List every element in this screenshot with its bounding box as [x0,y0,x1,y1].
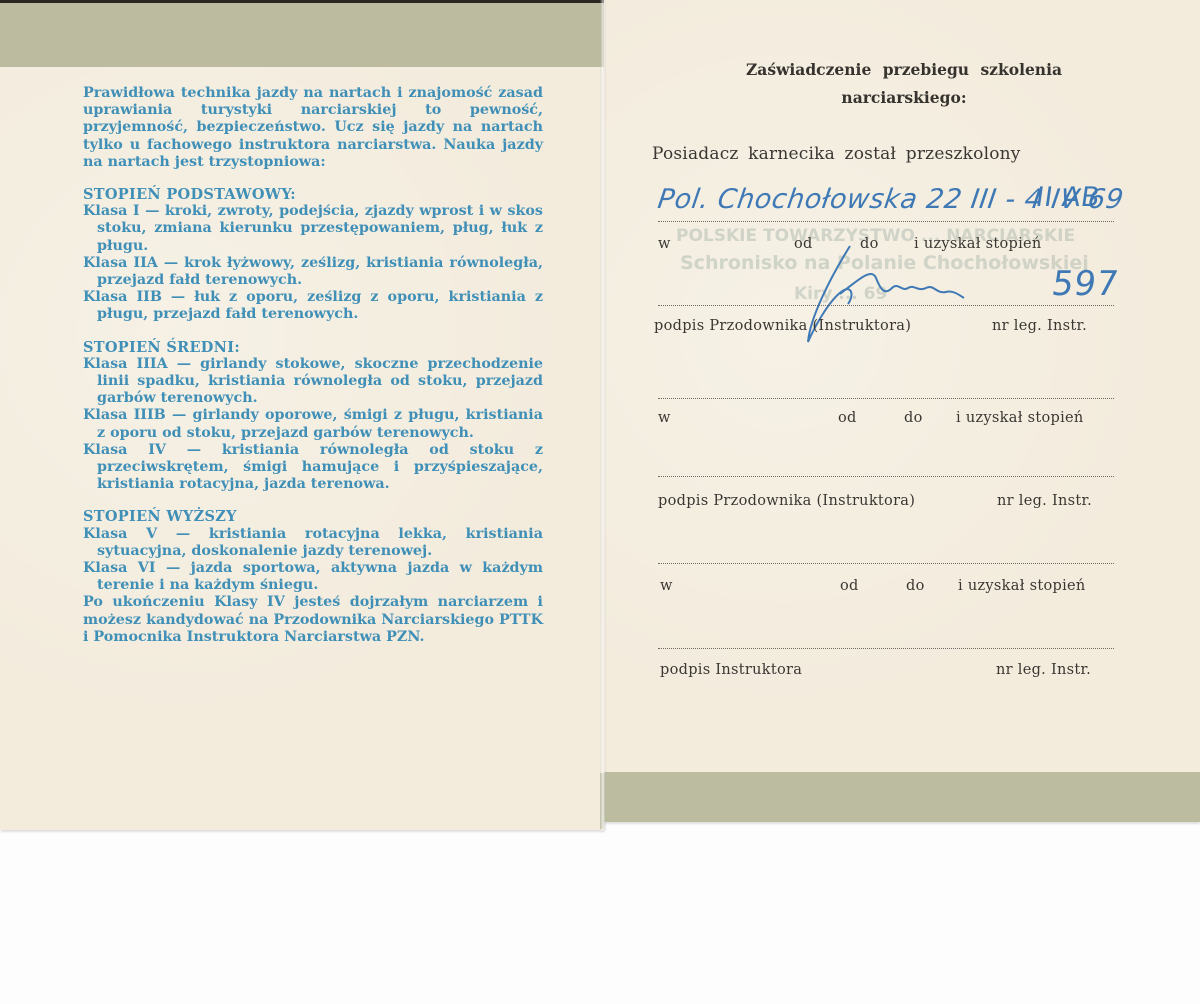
section-heading-advanced: STOPIEŃ WYŻSZY [83,508,543,525]
ski-technique-text: Prawidłowa technika jazdy na nartach i z… [83,85,543,646]
signature-label: podpis Instruktora [660,662,802,678]
training-certificate: Zaświadczenie przebiegu szkolenia narcia… [604,0,1200,822]
registration-label: nr leg. Instr. [992,318,1087,334]
certificate-title: Zaświadczenie przebiegu szkolenia narcia… [644,56,1164,112]
handwritten-registration-number[interactable]: 597 [1049,264,1121,304]
left-page: Prawidłowa technika jazdy na nartach i z… [0,3,604,830]
label-place: w [660,578,673,594]
label-from: od [840,578,859,594]
holder-statement: Posiadacz karnecika został przeszkolony [652,144,1021,164]
label-to: do [906,578,925,594]
class-item: Klasa IV — kristiania równoległa od stok… [83,442,543,494]
signature-label: podpis Przodownika (Instruktora) [658,493,915,509]
signature-label: podpis Przodownika (Instruktora) [654,318,911,334]
closing-paragraph: Po ukończeniu Klasy IV jesteś dojrzałym … [83,594,543,646]
dotted-line [658,648,1114,649]
label-grade: i uzyskał stopień [956,410,1084,426]
class-item: Klasa I — kroki, zwroty, podejścia, zjaz… [83,203,543,255]
section-heading-basic: STOPIEŃ PODSTAWOWY: [83,186,543,203]
dotted-line [658,563,1114,564]
handwritten-grade[interactable]: II AB [1034,182,1102,213]
class-item: Klasa IIB — łuk z oporu, ześlizg z oporu… [83,289,543,323]
class-item: Klasa IIIA — girlandy stokowe, skoczne p… [83,356,543,408]
label-from: od [838,410,857,426]
dotted-line [658,221,1114,222]
label-place: w [658,236,671,252]
dotted-line [658,305,1114,306]
dotted-line [658,398,1114,399]
dotted-line [658,476,1114,477]
title-line-1: Zaświadczenie przebiegu szkolenia [644,56,1164,84]
class-item: Klasa IIA — krok łyżwowy, ześlizg, krist… [83,255,543,289]
label-place: w [658,410,671,426]
class-item: Klasa VI — jazda sportowa, aktywna jazda… [83,560,543,594]
section-heading-medium: STOPIEŃ ŚREDNI: [83,339,543,356]
title-line-2: narciarskiego: [644,84,1164,112]
registration-label: nr leg. Instr. [996,662,1091,678]
registration-label: nr leg. Instr. [997,493,1092,509]
label-grade: i uzyskał stopień [958,578,1086,594]
label-to: do [904,410,923,426]
class-item: Klasa V — kristiania rotacyjna lekka, kr… [83,526,543,560]
class-item: Klasa IIIB — girlandy oporowe, śmigi z p… [83,407,543,441]
top-color-band [0,3,604,67]
intro-paragraph: Prawidłowa technika jazdy na nartach i z… [83,85,543,171]
